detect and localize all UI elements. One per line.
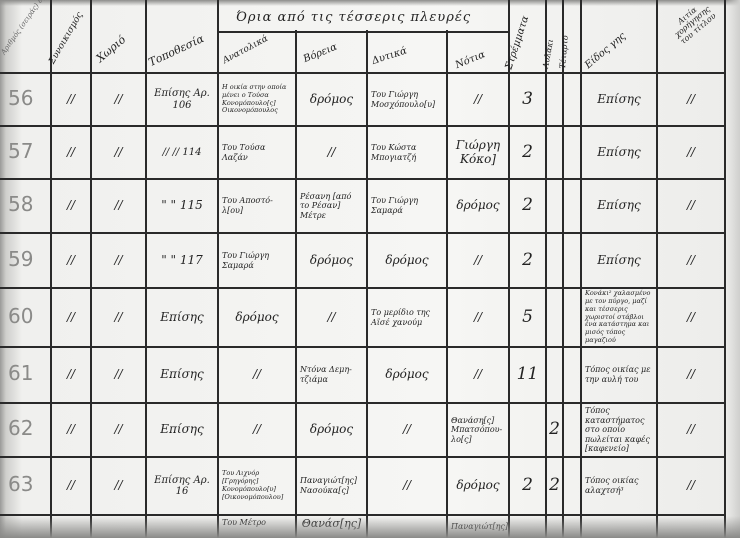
cell-village: // bbox=[92, 458, 145, 514]
cell-aux bbox=[547, 289, 562, 346]
cell-south: // bbox=[448, 348, 508, 402]
cell-quarter bbox=[564, 348, 580, 402]
cell-west: // bbox=[368, 458, 446, 514]
cell-settlement: // bbox=[52, 127, 90, 178]
cell-aux bbox=[547, 74, 562, 125]
cell-east: Του Αποστό-λ[ου] bbox=[219, 180, 295, 232]
record-number: 57 bbox=[8, 139, 33, 163]
cell-quarter bbox=[564, 289, 580, 346]
cell-reason: // bbox=[658, 234, 724, 287]
cell-village: // bbox=[92, 404, 145, 456]
cell-east: δρόμος bbox=[219, 289, 295, 346]
cell-south: δρόμος bbox=[448, 458, 508, 514]
cell-reason: // bbox=[658, 348, 724, 402]
cell-south: Γιώργη Κόκο] bbox=[448, 127, 508, 178]
record-number: 59 bbox=[8, 247, 33, 271]
cell-location: Επίσης bbox=[147, 404, 217, 456]
cell-quarter bbox=[564, 234, 580, 287]
cell-west: Του Γιώργη Μοσχόπουλο[υ] bbox=[368, 74, 446, 125]
cell-land-type: Επίσης bbox=[582, 180, 656, 232]
cell-settlement: // bbox=[52, 289, 90, 346]
cell-land-type: Τόπος καταστήματος στο οποίο πωλείται κα… bbox=[582, 404, 656, 456]
cell-village: // bbox=[92, 234, 145, 287]
cell-stremmata: 5 bbox=[510, 289, 545, 346]
cell-land-type: Τόπος οικίας με την αυλή του bbox=[582, 348, 656, 402]
cell-quarter bbox=[564, 74, 580, 125]
cell-south: Θανάση[ς] Μπατσόπου-λο[ς] bbox=[448, 404, 508, 456]
cell-stremmata: 3 bbox=[510, 74, 545, 125]
record-number: 62 bbox=[8, 416, 33, 440]
cell-reason: // bbox=[658, 180, 724, 232]
cell-village: // bbox=[92, 348, 145, 402]
cell-land-type: Επίσης bbox=[582, 234, 656, 287]
cell-stremmata: 2 bbox=[510, 234, 545, 287]
cell-north: Ρέσανη [από το Ρέσαν] Μέτρε bbox=[297, 180, 366, 232]
cell-east: Του Τούσα Λαζάν bbox=[219, 127, 295, 178]
record-number: 63 bbox=[8, 472, 33, 496]
cell-north: δρόμος bbox=[297, 74, 366, 125]
record-number: 60 bbox=[8, 304, 33, 328]
cell-north: Ντόνα Δεμη-τζιάμα bbox=[297, 348, 366, 402]
cell-stremmata: 11 bbox=[510, 348, 545, 402]
cell-west: Το μερίδιο της Αϊσέ χανούμ bbox=[368, 289, 446, 346]
cell-reason: // bbox=[658, 127, 724, 178]
cell-village: // bbox=[92, 127, 145, 178]
header-boundaries: Όρια από τις τέσσερις πλευρές bbox=[236, 10, 471, 25]
cell-west: Του Γιώργη Σαμαρά bbox=[368, 180, 446, 232]
cell-location: // // 114 bbox=[147, 127, 217, 178]
cell-west: δρόμος bbox=[368, 348, 446, 402]
cell-aux bbox=[547, 234, 562, 287]
cell-land-type: Επίσης bbox=[582, 127, 656, 178]
grid-line bbox=[217, 31, 508, 33]
cell-quarter bbox=[564, 404, 580, 456]
cell-east: // bbox=[219, 404, 295, 456]
scan-top-shadow bbox=[0, 0, 740, 6]
cell-location: Επίσης bbox=[147, 289, 217, 346]
cell-location: Επίσης Αρ. 16 bbox=[147, 458, 217, 514]
cell-reason: // bbox=[658, 458, 724, 514]
cell-west: δρόμος bbox=[368, 234, 446, 287]
cell-reason: // bbox=[658, 74, 724, 125]
cell-aux bbox=[547, 180, 562, 232]
cell-land-type: Τόπος οικίας αλαχτσή³ bbox=[582, 458, 656, 514]
cell-settlement: // bbox=[52, 234, 90, 287]
cell-stremmata: 2 bbox=[510, 180, 545, 232]
cell-west: // bbox=[368, 404, 446, 456]
cell-north: δρόμος bbox=[297, 404, 366, 456]
cell-settlement: // bbox=[52, 404, 90, 456]
record-number: 56 bbox=[8, 86, 33, 110]
cell-south: // bbox=[448, 74, 508, 125]
cell-village: // bbox=[92, 289, 145, 346]
record-number: 58 bbox=[8, 192, 33, 216]
cell-east: Του Λιχνόρ [Γρηγόρης] Κονομόπουλο[υ] [Οι… bbox=[219, 458, 295, 514]
cell-west: Του Κώστα Μπογιατζή bbox=[368, 127, 446, 178]
cell-settlement: // bbox=[52, 348, 90, 402]
cell-settlement: // bbox=[52, 180, 90, 232]
cell-reason: // bbox=[658, 289, 724, 346]
cell-stremmata bbox=[510, 404, 545, 456]
cell-east: Η οικία στην οποία μένει ο Τούσα Κονομόπ… bbox=[219, 74, 295, 125]
cell-north: Παναγιώτ[ης] Νασούκα[ς] bbox=[297, 458, 366, 514]
cell-south: // bbox=[448, 234, 508, 287]
cell-north: // bbox=[297, 289, 366, 346]
cell-stremmata: 2 bbox=[510, 458, 545, 514]
cell-location: Επίσης bbox=[147, 348, 217, 402]
cell-settlement: // bbox=[52, 74, 90, 125]
cell-land-type: Κονάκι² χαλασμένο με τον πύργο, μαζί και… bbox=[582, 289, 656, 346]
cell-aux: 2 bbox=[547, 404, 562, 456]
scan-bottom-shadow bbox=[0, 516, 740, 538]
cell-location: " " 115 bbox=[147, 180, 217, 232]
cell-village: // bbox=[92, 180, 145, 232]
cell-quarter bbox=[564, 127, 580, 178]
record-number: 61 bbox=[8, 361, 33, 385]
cell-south: δρόμος bbox=[448, 180, 508, 232]
cell-aux bbox=[547, 348, 562, 402]
cell-location: " " 117 bbox=[147, 234, 217, 287]
cell-east: // bbox=[219, 348, 295, 402]
cell-quarter bbox=[564, 180, 580, 232]
scan-right-edge bbox=[726, 0, 740, 538]
cell-settlement: // bbox=[52, 458, 90, 514]
cell-aux: 2 bbox=[547, 458, 562, 514]
cell-land-type: Επίσης bbox=[582, 74, 656, 125]
cell-east: Του Γιώργη Σαμαρά bbox=[219, 234, 295, 287]
cell-location: Επίσης Αρ. 106 bbox=[147, 74, 217, 125]
cell-north: // bbox=[297, 127, 366, 178]
cell-quarter bbox=[564, 458, 580, 514]
cell-village: // bbox=[92, 74, 145, 125]
cell-south: // bbox=[448, 289, 508, 346]
cell-north: δρόμος bbox=[297, 234, 366, 287]
cell-aux bbox=[547, 127, 562, 178]
cell-stremmata: 2 bbox=[510, 127, 545, 178]
cell-reason: // bbox=[658, 404, 724, 456]
